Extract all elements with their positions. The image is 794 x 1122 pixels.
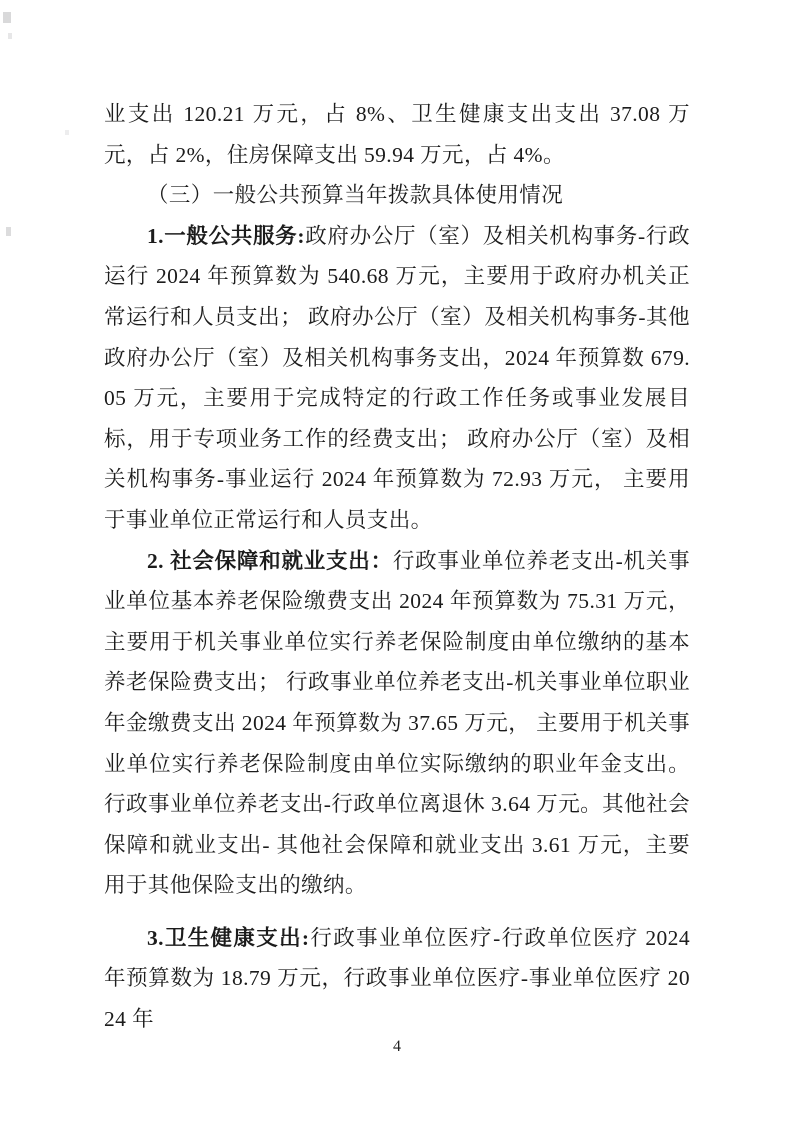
paragraph-general-public-services: 1.一般公共服务:政府办公厅（室）及相关机构事务-行政运行 2024 年预算数为… xyxy=(104,216,690,541)
scan-artifact xyxy=(3,12,11,23)
paragraph-body-social-security-employment: 行政事业单位养老支出-机关事业单位基本养老保险缴费支出 2024 年预算数为 7… xyxy=(104,549,690,898)
scan-artifact xyxy=(8,33,12,39)
scan-artifact xyxy=(65,130,69,135)
document-page: 业支出 120.21 万元，占 8%、卫生健康支出支出 37.08 万元，占 2… xyxy=(0,0,794,1122)
paragraph-continuation: 业支出 120.21 万元，占 8%、卫生健康支出支出 37.08 万元，占 2… xyxy=(104,94,690,175)
scan-artifact xyxy=(6,227,11,236)
paragraph-social-security-employment: 2. 社会保障和就业支出：行政事业单位养老支出-机关事业单位基本养老保险缴费支出… xyxy=(104,541,690,906)
page-number: 4 xyxy=(0,1038,794,1056)
paragraph-health-expenditure: 3.卫生健康支出:行政事业单位医疗-行政单位医疗 2024 年预算数为 18.7… xyxy=(104,918,690,1040)
document-body: 业支出 120.21 万元，占 8%、卫生健康支出支出 37.08 万元，占 2… xyxy=(104,94,690,1040)
paragraph-lead-health-expenditure: 3.卫生健康支出: xyxy=(147,926,309,950)
paragraph-lead-general-public-services: 1.一般公共服务: xyxy=(147,224,305,248)
paragraph-body-general-public-services: 政府办公厅（室）及相关机构事务-行政运行 2024 年预算数为 540.68 万… xyxy=(104,224,690,532)
section-heading: （三）一般公共预算当年拨款具体使用情况 xyxy=(104,175,690,216)
paragraph-lead-social-security-employment: 2. 社会保障和就业支出： xyxy=(147,549,393,573)
